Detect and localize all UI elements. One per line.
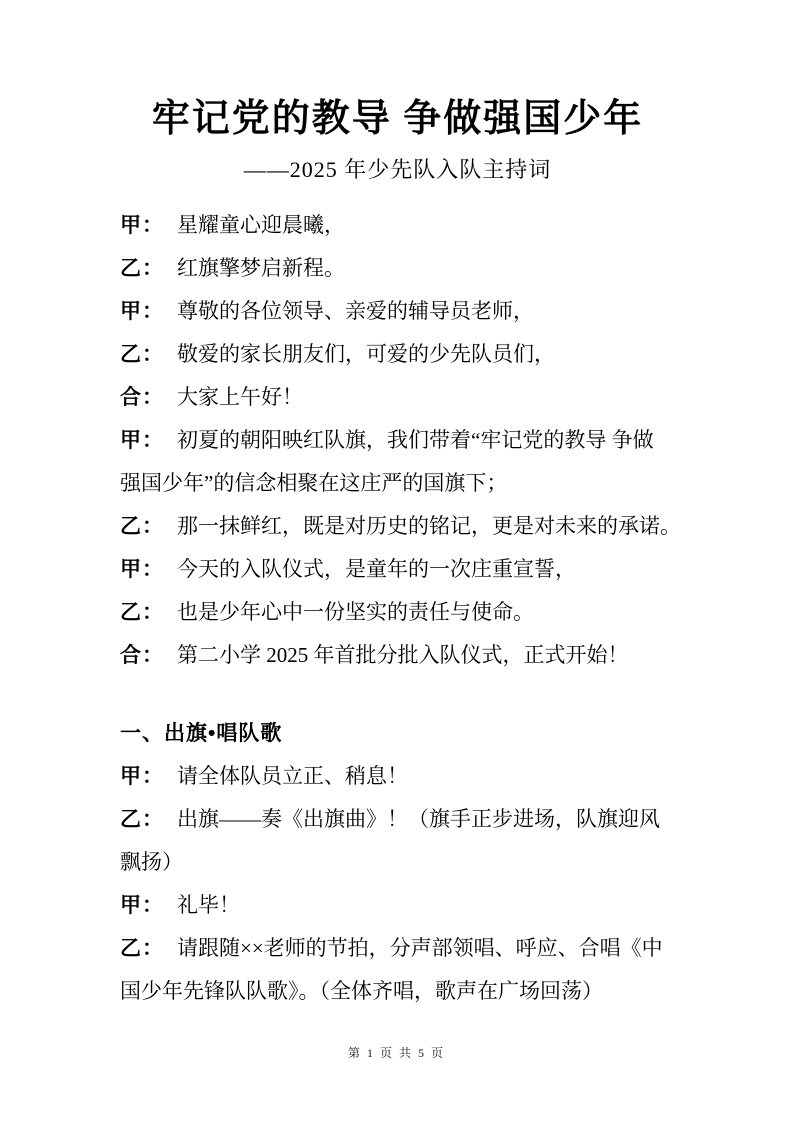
script-line: 甲：请全体队员立正、稍息！ — [120, 755, 675, 798]
script-lines: 甲：星耀童心迎晨曦，乙：红旗擎梦启新程。甲：尊敬的各位领导、亲爱的辅导员老师，乙… — [120, 204, 675, 1013]
speaker-label: 甲： — [120, 300, 164, 323]
speaker-label: 甲： — [120, 558, 164, 581]
line-text: 出旗——奏《出旗曲》！（旗手正步进场，队旗迎风 — [177, 807, 660, 831]
line-text: 初夏的朝阳映红队旗，我们带着“牢记党的教导 争做 — [177, 428, 654, 452]
script-line: 甲：星耀童心迎晨曦， — [120, 204, 675, 247]
document-content: 牢记党的教导 争做强国少年 ——2025 年少先队入队主持词 甲：星耀童心迎晨曦… — [0, 0, 793, 1013]
speaker-label: 乙： — [120, 808, 164, 831]
line-text: 第二小学 2025 年首批分批入队仪式，正式开始！ — [177, 643, 629, 667]
line-text: 红旗擎梦启新程。 — [177, 256, 345, 280]
speaker-label: 乙： — [120, 257, 164, 280]
document-subtitle: ——2025 年少先队入队主持词 — [120, 156, 675, 184]
script-line: 甲：尊敬的各位领导、亲爱的辅导员老师， — [120, 290, 675, 333]
line-text: 请全体队员立正、稍息！ — [177, 764, 408, 788]
speaker-label: 甲： — [120, 214, 164, 237]
heading-text: 一、出旗•唱队歌 — [120, 722, 282, 745]
line-text: 大家上午好！ — [177, 385, 303, 409]
script-line: 乙：出旗——奏《出旗曲》！（旗手正步进场，队旗迎风 — [120, 798, 675, 841]
line-text: 星耀童心迎晨曦， — [177, 213, 345, 237]
script-line: 乙：那一抹鲜红，既是对历史的铭记，更是对未来的承诺。 — [120, 505, 675, 548]
line-text: 国少年先锋队队歌》。（全体齐唱，歌声在广场回荡） — [120, 979, 603, 1003]
script-line: 飘扬） — [120, 841, 675, 884]
document-title: 牢记党的教导 争做强国少年 — [120, 96, 675, 142]
blank-line — [120, 677, 675, 712]
script-line: 乙：敬爱的家长朋友们，可爱的少先队员们， — [120, 333, 675, 376]
speaker-label: 乙： — [120, 601, 164, 624]
line-text: 那一抹鲜红，既是对历史的铭记，更是对未来的承诺。 — [177, 514, 681, 538]
speaker-label: 甲： — [120, 429, 164, 452]
script-line: 甲：礼毕！ — [120, 884, 675, 927]
section-heading: 一、出旗•唱队歌 — [120, 712, 675, 755]
script-line: 乙：请跟随××老师的节拍，分声部领唱、呼应、合唱《中 — [120, 927, 675, 970]
document-page: 牢记党的教导 争做强国少年 ——2025 年少先队入队主持词 甲：星耀童心迎晨曦… — [0, 0, 793, 1122]
line-text: 飘扬） — [120, 850, 183, 874]
script-line: 乙：红旗擎梦启新程。 — [120, 247, 675, 290]
speaker-label: 甲： — [120, 894, 164, 917]
speaker-label: 乙： — [120, 937, 164, 960]
script-line: 强国少年”的信念相聚在这庄严的国旗下； — [120, 462, 675, 505]
page-number-footer: 第 1 页 共 5 页 — [0, 1044, 793, 1062]
speaker-label: 甲： — [120, 765, 164, 788]
line-text: 也是少年心中一份坚实的责任与使命。 — [177, 600, 534, 624]
script-line: 合：大家上午好！ — [120, 376, 675, 419]
line-text: 强国少年”的信念相聚在这庄严的国旗下； — [120, 471, 507, 495]
speaker-label: 合： — [120, 644, 164, 667]
script-line: 国少年先锋队队歌》。（全体齐唱，歌声在广场回荡） — [120, 970, 675, 1013]
script-line: 乙：也是少年心中一份坚实的责任与使命。 — [120, 591, 675, 634]
speaker-label: 乙： — [120, 515, 164, 538]
script-line: 甲：初夏的朝阳映红队旗，我们带着“牢记党的教导 争做 — [120, 419, 675, 462]
speaker-label: 合： — [120, 386, 164, 409]
speaker-label: 乙： — [120, 343, 164, 366]
line-text: 敬爱的家长朋友们，可爱的少先队员们， — [177, 342, 555, 366]
line-text: 礼毕！ — [177, 893, 240, 917]
line-text: 请跟随××老师的节拍，分声部领唱、呼应、合唱《中 — [177, 936, 663, 960]
script-line: 甲：今天的入队仪式，是童年的一次庄重宣誓， — [120, 548, 675, 591]
line-text: 尊敬的各位领导、亲爱的辅导员老师， — [177, 299, 534, 323]
line-text: 今天的入队仪式，是童年的一次庄重宣誓， — [177, 557, 576, 581]
script-line: 合：第二小学 2025 年首批分批入队仪式，正式开始！ — [120, 634, 675, 677]
